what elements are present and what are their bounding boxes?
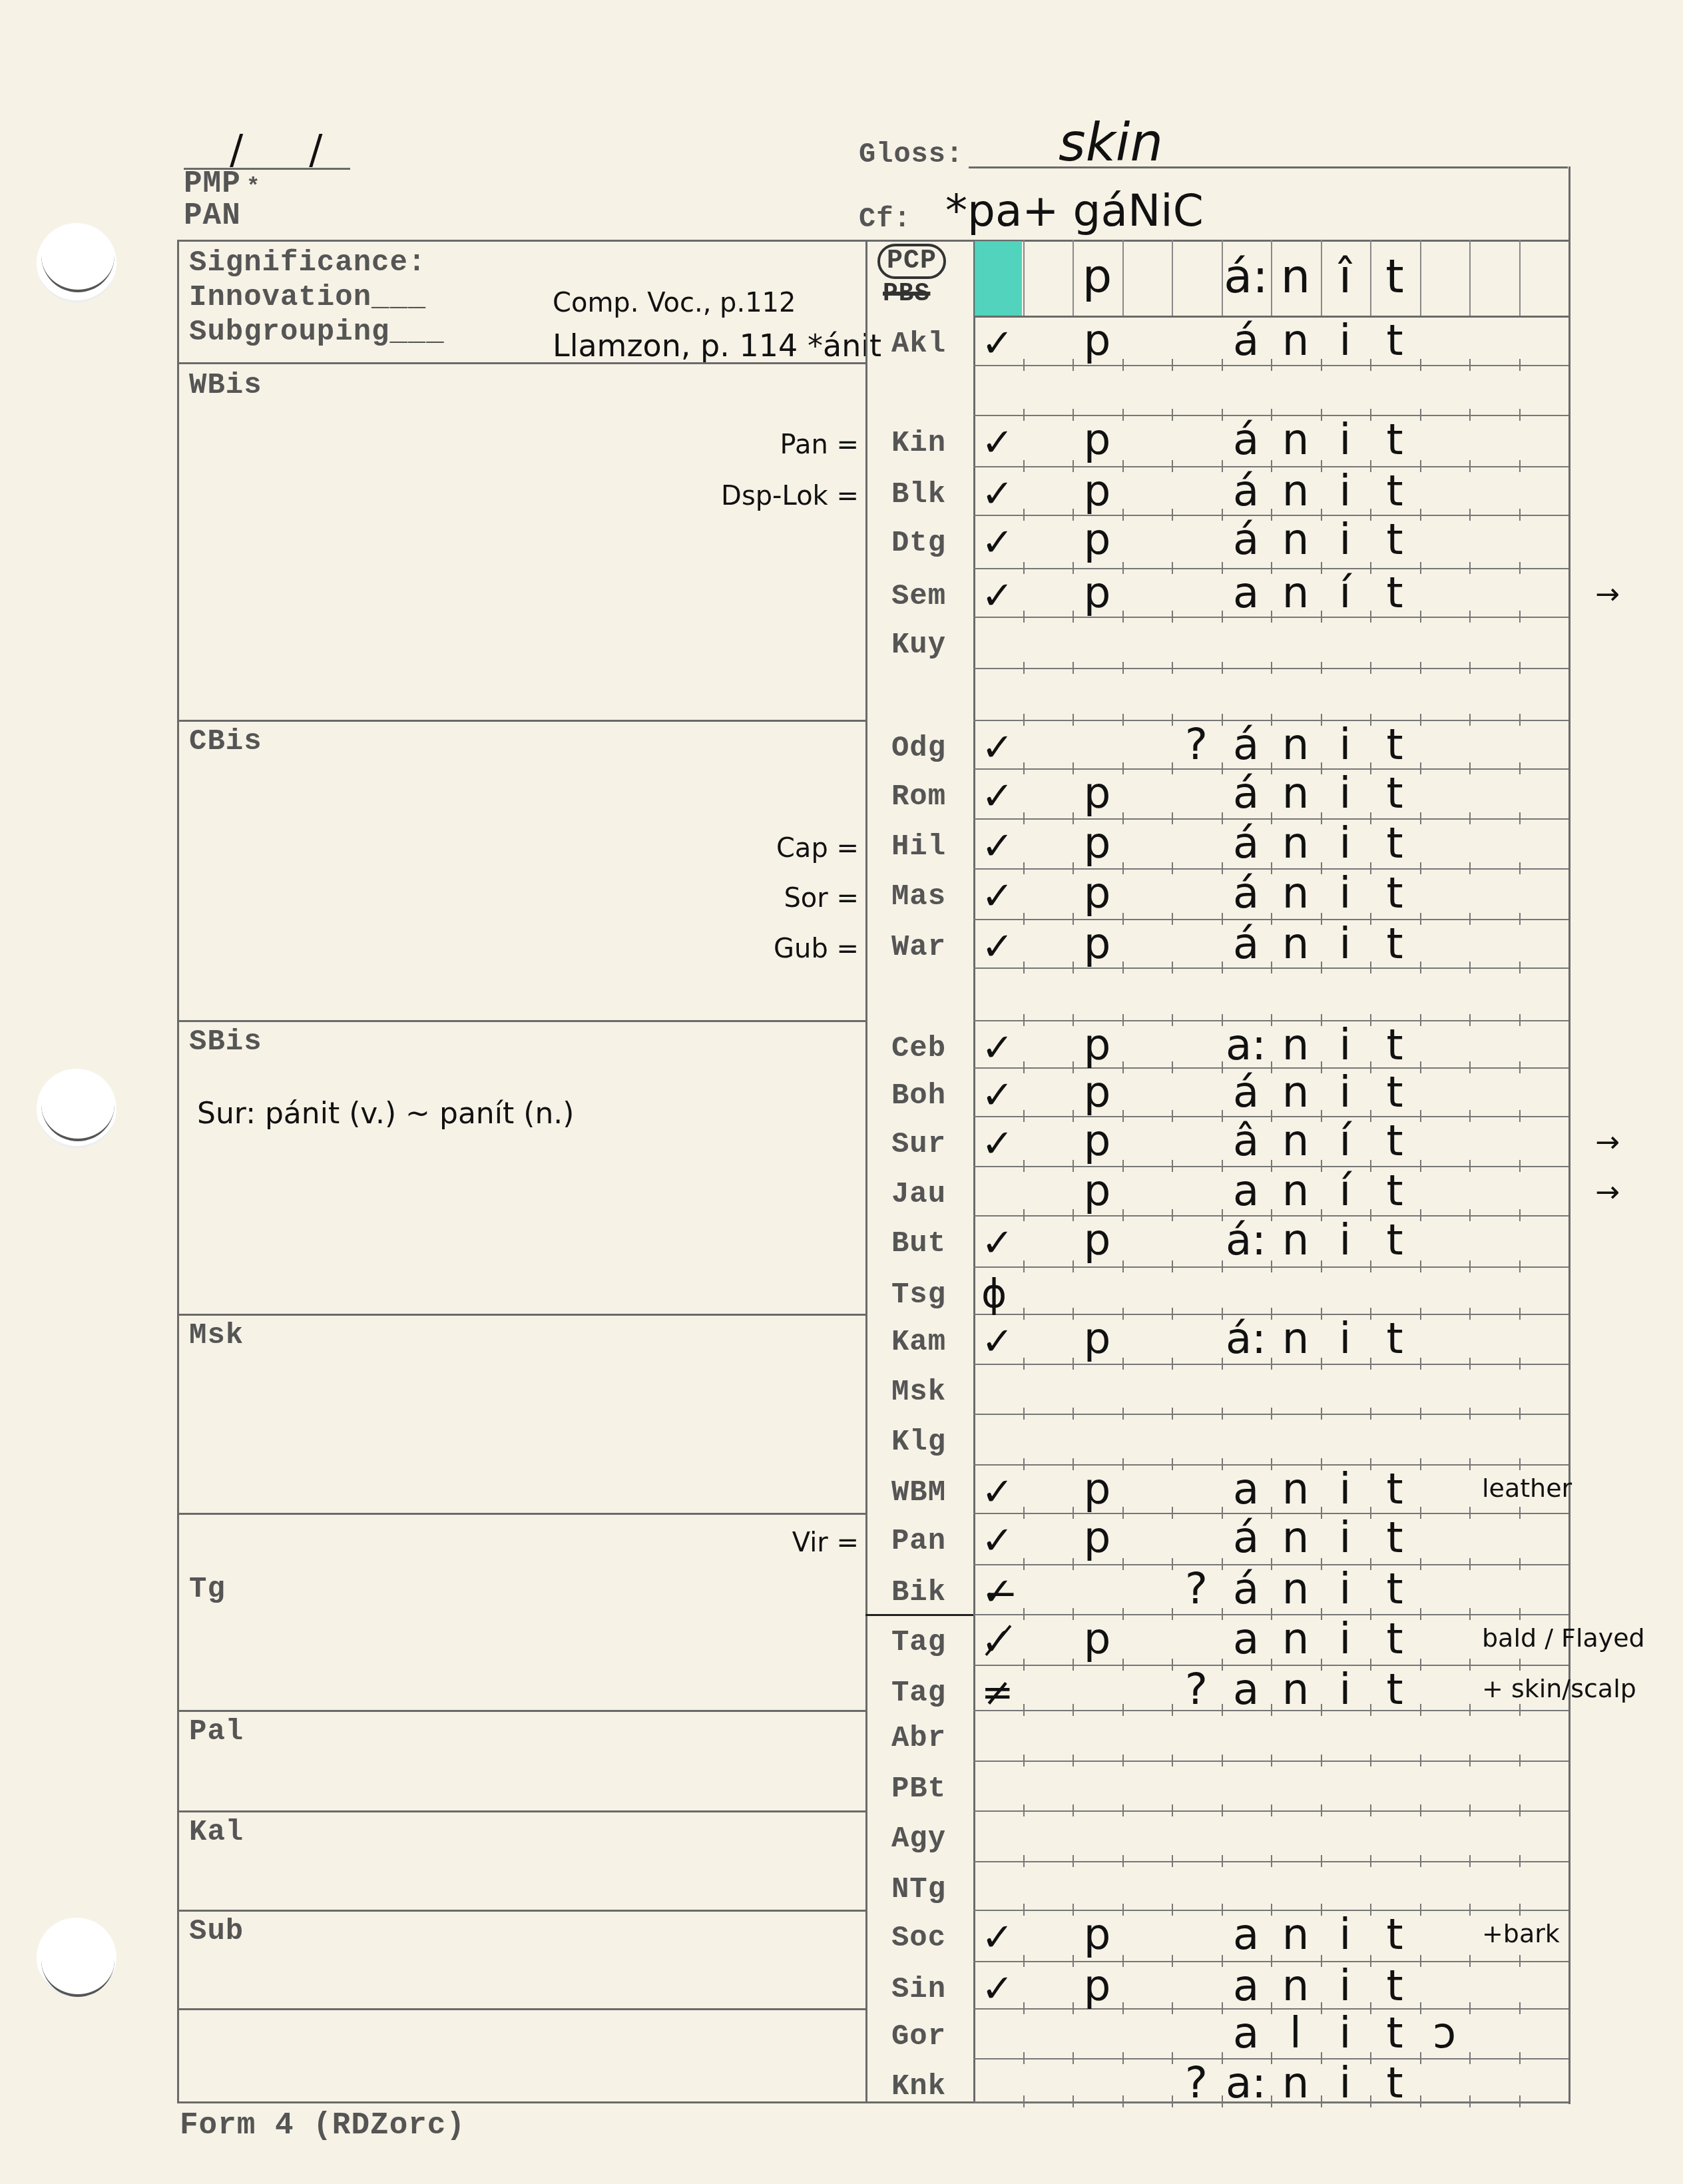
row-tick (1519, 662, 1521, 674)
row-tick (1122, 2095, 1124, 2107)
row-tick (1023, 1855, 1025, 1867)
form-segment: á (1222, 1517, 1271, 1559)
cf-label: Cf: (859, 203, 911, 235)
group-label-pal: Pal (189, 1715, 244, 1749)
lang-label-mas: Mas (865, 880, 972, 914)
row-tick (1271, 1408, 1272, 1420)
lang-label-sur: Sur (865, 1128, 972, 1161)
row-tick (1073, 714, 1074, 726)
lang-label-gor: Gor (865, 2020, 972, 2053)
row-tick (1519, 1110, 1521, 1122)
row-tick (1122, 1659, 1124, 1671)
table-left-border (177, 240, 179, 2101)
row-tick (1420, 1507, 1421, 1519)
proto-row-bottom (973, 316, 1568, 318)
group-label-kal: Kal (189, 1816, 244, 1849)
form-segment: ? (1172, 724, 1221, 766)
row-tick (1023, 714, 1025, 726)
form-segment: p (1073, 470, 1122, 513)
row-tick (1023, 862, 1025, 874)
form-segment: ? (1172, 2062, 1221, 2105)
row-tick (1023, 762, 1025, 774)
form-segment: p (1073, 872, 1122, 915)
row-tick (1519, 913, 1521, 925)
row-tick (1023, 562, 1025, 574)
cognate-check: ✓̶ (981, 1572, 1014, 1611)
group-divider (177, 2008, 865, 2010)
row-tick (1420, 460, 1421, 472)
row-tick (1122, 2052, 1124, 2064)
group-label-sub: Sub (189, 1915, 244, 1948)
form-segment: t (1370, 1965, 1419, 2008)
reference-llamzon: Llamzon, p. 114 *ánit (553, 328, 881, 364)
row-tick (1519, 714, 1521, 726)
form-segment: i (1321, 2012, 1370, 2055)
row-tick (1469, 1358, 1471, 1370)
row-tick (1420, 1904, 1421, 1916)
row-tick (1122, 611, 1124, 623)
row-tick (1321, 1408, 1322, 1420)
row-tick (1122, 662, 1124, 674)
form-segment: i (1321, 822, 1370, 865)
form-segment: p (1073, 572, 1122, 615)
form-segment: i (1321, 320, 1370, 362)
row-tick (1519, 2002, 1521, 2014)
row-tick (1469, 1408, 1471, 1420)
row-tick (1271, 662, 1272, 674)
form-segment: á (1222, 822, 1271, 865)
row-tick (1073, 1855, 1074, 1867)
row-tick (1469, 611, 1471, 623)
row-tick (1122, 1904, 1124, 1916)
row-tick (1271, 1755, 1272, 1767)
form-segment: i (1321, 2062, 1370, 2105)
cognate-check: ✓ (981, 474, 1014, 513)
row-tick (1172, 2002, 1173, 2014)
row-tick (1122, 1704, 1124, 1716)
group-label-tg: Tg (189, 1573, 226, 1606)
lang-label-odg: Odg (865, 732, 972, 765)
row-tick (1469, 1507, 1471, 1519)
row-tick (1469, 562, 1471, 574)
row-tick (1420, 562, 1421, 574)
punch-hole-bottom-shadow (41, 1954, 115, 1997)
cognate-check: ✓ (981, 1223, 1014, 1262)
form-segment: p (1073, 822, 1122, 865)
equivalence-note: Gub = (692, 934, 859, 964)
form-segment: t (1370, 1517, 1419, 1559)
row-tick (1420, 509, 1421, 521)
row-tick (1420, 762, 1421, 774)
group-divider (177, 1910, 865, 1912)
proto-cell-divider (1519, 240, 1521, 316)
lang-label-pbt: PBt (865, 1773, 972, 1806)
form-segment: á: (1222, 1219, 1271, 1262)
row-tick (1420, 1110, 1421, 1122)
form-segment: i (1321, 1318, 1370, 1360)
row-tick (1073, 1704, 1074, 1716)
cognate-check: ✓ (981, 423, 1014, 461)
form-segment: i (1321, 419, 1370, 461)
row-tick (1122, 509, 1124, 521)
row-tick (1271, 1260, 1272, 1272)
table-right-border (1568, 166, 1570, 2104)
form-segment: t (1370, 470, 1419, 513)
row-tick (1172, 1160, 1173, 1172)
row-tick (1073, 1260, 1074, 1272)
lang-label-blk: Blk (865, 478, 972, 511)
lang-label-abr: Abr (865, 1722, 972, 1755)
row-tick (1023, 1804, 1025, 1816)
row-tick (1023, 662, 1025, 674)
row-tick (1023, 1160, 1025, 1172)
row-tick (1122, 2002, 1124, 2014)
row-tick (1469, 359, 1471, 371)
row-tick (1469, 2002, 1471, 2014)
row-tick (1222, 1755, 1223, 1767)
row-tick (1420, 359, 1421, 371)
row-tick (1469, 1855, 1471, 1867)
group-note: Sur: pánit (v.) ~ panít (n.) (197, 1097, 574, 1131)
row-tick (1172, 1955, 1173, 1967)
row-tick (1222, 1408, 1223, 1420)
row-tick (1172, 662, 1173, 674)
row-tick (1172, 1209, 1173, 1221)
lang-label-agy: Agy (865, 1822, 972, 1856)
form-segment: ? (1172, 1568, 1221, 1611)
row-tick (1321, 1804, 1322, 1816)
lang-label-sin: Sin (865, 1973, 972, 2006)
form-segment: á (1222, 923, 1271, 965)
row-tick (1073, 1804, 1074, 1816)
row-gloss-note: + skin/scalp (1482, 1674, 1636, 1703)
row-tick (1172, 1408, 1173, 1420)
form-segment: t (1370, 1170, 1419, 1213)
row-tick (1122, 1458, 1124, 1470)
row-tick (1420, 1855, 1421, 1867)
row-tick (1469, 1110, 1471, 1122)
row-tick (1172, 1507, 1173, 1519)
row-tick (1519, 1160, 1521, 1172)
row-tick (1469, 1704, 1471, 1716)
form-segment: n (1271, 419, 1320, 461)
row-tick (1469, 862, 1471, 874)
pan-label: PAN (184, 198, 241, 233)
cognate-check: ϕ (981, 1274, 1007, 1313)
form-segment: í (1321, 1170, 1370, 1213)
row-tick (1519, 1014, 1521, 1026)
row-tick (1370, 1804, 1371, 1816)
form-segment: n (1271, 1318, 1320, 1360)
row-tick (1321, 1755, 1322, 1767)
row-tick (1222, 1260, 1223, 1272)
row-tick (1519, 1904, 1521, 1916)
form-segment: a (1222, 1965, 1271, 2008)
row-tick (1519, 1558, 1521, 1570)
group-divider (177, 1810, 865, 1812)
form-segment: n (1271, 2062, 1320, 2105)
form-segment: i (1321, 1024, 1370, 1067)
lang-label-soc: Soc (865, 1922, 972, 1955)
row-tick (1023, 2095, 1025, 2107)
form-segment: á (1222, 724, 1271, 766)
row-tick (1469, 1260, 1471, 1272)
form-segment: n (1271, 1170, 1320, 1213)
form-segment: á (1222, 419, 1271, 461)
form-segment: n (1271, 872, 1320, 915)
form-segment: n (1271, 1568, 1320, 1611)
row-tick (1172, 1260, 1173, 1272)
row-tick (1469, 1458, 1471, 1470)
row-tick (1370, 1408, 1371, 1420)
row-tick (1122, 961, 1124, 973)
proto-segment: á: (1222, 253, 1271, 300)
form-segment: t (1370, 419, 1419, 461)
form-segment: t (1370, 1071, 1419, 1114)
form-segment: p (1073, 1219, 1122, 1262)
equivalence-note: Dsp-Lok = (692, 481, 859, 511)
lang-label-wbm: WBM (865, 1476, 972, 1509)
form-segment: p (1073, 1170, 1122, 1213)
row-tick (1172, 562, 1173, 574)
proto-segment: p (1073, 253, 1122, 300)
row-tick (1023, 509, 1025, 521)
form-segment: i (1321, 1618, 1370, 1661)
lang-label-tsg: Tsg (865, 1278, 972, 1312)
row-tick (1172, 1755, 1173, 1767)
cognate-check: ✓ (981, 576, 1014, 615)
row-tick (1172, 1458, 1173, 1470)
form-segment: t (1370, 1914, 1419, 1956)
form-segment: á (1222, 872, 1271, 915)
form-segment: t (1370, 772, 1419, 815)
gloss-underline (969, 166, 1568, 168)
row-tick (1172, 359, 1173, 371)
row-tick (1420, 1608, 1421, 1620)
form-segment: i (1321, 1071, 1370, 1114)
form-segment: n (1271, 822, 1320, 865)
cognate-check: ✓ (981, 1075, 1014, 1114)
form-segment: t (1370, 519, 1419, 561)
cf-value: *pa+ gáNiC (945, 185, 1204, 236)
form-segment: p (1073, 419, 1122, 461)
row-tick (1420, 913, 1421, 925)
row-gloss-note: leather (1482, 1474, 1572, 1503)
row-tick (1321, 1260, 1322, 1272)
row-tick (1420, 1209, 1421, 1221)
row-tick (1122, 1061, 1124, 1073)
row-tick (1519, 1507, 1521, 1519)
cognate-check: ✓ (981, 1472, 1014, 1511)
proto-cell-divider (1172, 240, 1173, 316)
lang-label-boh: Boh (865, 1079, 972, 1113)
row-tick (1073, 1408, 1074, 1420)
form-segment: n (1271, 1618, 1320, 1661)
row-tick (1172, 509, 1173, 521)
row-tick (1469, 2052, 1471, 2064)
equivalence-note: Vir = (692, 1527, 859, 1558)
form-segment: i (1321, 872, 1370, 915)
cognate-check: ✓ (981, 1322, 1014, 1360)
row-tick (1172, 913, 1173, 925)
significance-bottom-border (177, 362, 865, 364)
form-segment: â (1222, 1120, 1271, 1163)
proto-cell-divider (1122, 240, 1124, 316)
row-tick (1370, 1755, 1371, 1767)
row-tick (1122, 1308, 1124, 1320)
row-tick (1172, 1855, 1173, 1867)
cognate-check: ✓ (981, 876, 1014, 915)
row-tick (1519, 1855, 1521, 1867)
form-segment: a (1222, 1914, 1271, 1956)
form-segment: n (1271, 1120, 1320, 1163)
row-tick (1023, 961, 1025, 973)
form-segment: l (1271, 2012, 1320, 2055)
form-segment: n (1271, 470, 1320, 513)
row-tick (1172, 1061, 1173, 1073)
form-segment: n (1271, 1468, 1320, 1511)
form-segment: á (1222, 470, 1271, 513)
row-tick (1122, 1955, 1124, 1967)
form-segment: a: (1222, 2062, 1271, 2105)
form-segment: n (1271, 320, 1320, 362)
form-segment: i (1321, 1669, 1370, 1711)
form-segment: ? (1172, 1669, 1221, 1711)
row-tick (1172, 409, 1173, 421)
continuation-arrow-icon: → (1595, 1175, 1620, 1209)
row-tick (1519, 1704, 1521, 1716)
row-tick (1469, 714, 1471, 726)
row-tick (1023, 1358, 1025, 1370)
row-tick (1172, 1904, 1173, 1916)
lang-label-kam: Kam (865, 1326, 972, 1359)
cognate-check: ✓ (981, 523, 1014, 561)
row-tick (1420, 1955, 1421, 1967)
form-segment: t (1370, 572, 1419, 615)
innovation-label: Innovation___ (189, 281, 426, 314)
form-segment: p (1073, 1024, 1122, 1067)
row-tick (1122, 812, 1124, 824)
lang-label-jau: Jau (865, 1178, 972, 1211)
row-tick (1023, 1061, 1025, 1073)
row-tick (1420, 611, 1421, 623)
row-tick (1321, 1855, 1322, 1867)
row-tick (1023, 1955, 1025, 1967)
row-tick (1519, 2095, 1521, 2107)
row-tick (1122, 1855, 1124, 1867)
row-tick (1519, 562, 1521, 574)
row-tick (1271, 1804, 1272, 1816)
form-segment: t (1370, 320, 1419, 362)
form-segment: p (1073, 1618, 1122, 1661)
date-slashes: / / (230, 127, 350, 173)
form-segment: í (1321, 1120, 1370, 1163)
row-tick (1172, 1358, 1173, 1370)
form-segment: p (1073, 923, 1122, 965)
row-gloss-note: +bark (1482, 1919, 1560, 1948)
row-tick (1519, 1659, 1521, 1671)
row-tick (1023, 1659, 1025, 1671)
grid-column-border (973, 240, 975, 2101)
row-tick (1023, 1308, 1025, 1320)
cognate-check: ✓ (981, 1918, 1014, 1956)
form-segment: n (1271, 1517, 1320, 1559)
form-segment: a (1222, 1618, 1271, 1661)
row-tick (1172, 1110, 1173, 1122)
form-segment: t (1370, 1120, 1419, 1163)
row-tick (1469, 1804, 1471, 1816)
row-tick (1321, 662, 1322, 674)
form-segment: t (1370, 1219, 1419, 1262)
row-tick (1073, 1558, 1074, 1570)
form-segment: p (1073, 1517, 1122, 1559)
gloss-label: Gloss: (859, 138, 963, 170)
row-tick (1519, 1804, 1521, 1816)
form-segment: p (1073, 1071, 1122, 1114)
group-label-wbis: WBis (189, 369, 262, 402)
form-segment: i (1321, 772, 1370, 815)
form-segment: p (1073, 1965, 1122, 2008)
lang-label-pan: Pan (865, 1525, 972, 1558)
row-tick (1023, 1408, 1025, 1420)
row-tick (1122, 562, 1124, 574)
row-tick (1420, 862, 1421, 874)
row-gloss-note: bald / Flayed (1482, 1623, 1645, 1653)
row-tick (1023, 2052, 1025, 2064)
form-segment: n (1271, 724, 1320, 766)
row-tick (1519, 1408, 1521, 1420)
equivalence-note: Sor = (692, 883, 859, 914)
form-segment: á (1222, 772, 1271, 815)
row-tick (1370, 1855, 1371, 1867)
row-tick (1122, 714, 1124, 726)
pmp-label: PMP (184, 166, 241, 201)
lang-label-knk: Knk (865, 2070, 972, 2103)
group-divider (177, 1710, 865, 1712)
row-tick (1519, 1308, 1521, 1320)
lang-label-hil: Hil (865, 830, 972, 864)
row-tick (1023, 409, 1025, 421)
row-tick (1122, 862, 1124, 874)
reference-comp-voc: Comp. Voc., p.112 (553, 288, 796, 318)
cognate-check: ✓ (981, 927, 1014, 965)
row-tick (1122, 1558, 1124, 1570)
row-tick (1023, 812, 1025, 824)
row-tick (1420, 1160, 1421, 1172)
row-tick (1420, 1755, 1421, 1767)
row-tick (1420, 1014, 1421, 1026)
form-segment: t (1370, 1669, 1419, 1711)
proto-cell-divider (1023, 240, 1025, 316)
row-tick (1420, 2095, 1421, 2107)
row-tick (1469, 1659, 1471, 1671)
cognate-check: ✓ (981, 324, 1014, 362)
lang-label-war: War (865, 931, 972, 964)
proto-segment: n (1271, 253, 1320, 300)
cognate-check: ≠ (981, 1673, 1014, 1711)
form-segment: i (1321, 1517, 1370, 1559)
row-tick (1122, 762, 1124, 774)
row-tick (1519, 762, 1521, 774)
row-tick (1073, 1755, 1074, 1767)
row-tick (1519, 2052, 1521, 2064)
form-segment: t (1370, 1024, 1419, 1067)
lang-label-tag: Tag (865, 1677, 972, 1710)
row-tick (1222, 1804, 1223, 1816)
form-segment: i (1321, 1914, 1370, 1956)
row-tick (1122, 913, 1124, 925)
row-tick (1023, 460, 1025, 472)
